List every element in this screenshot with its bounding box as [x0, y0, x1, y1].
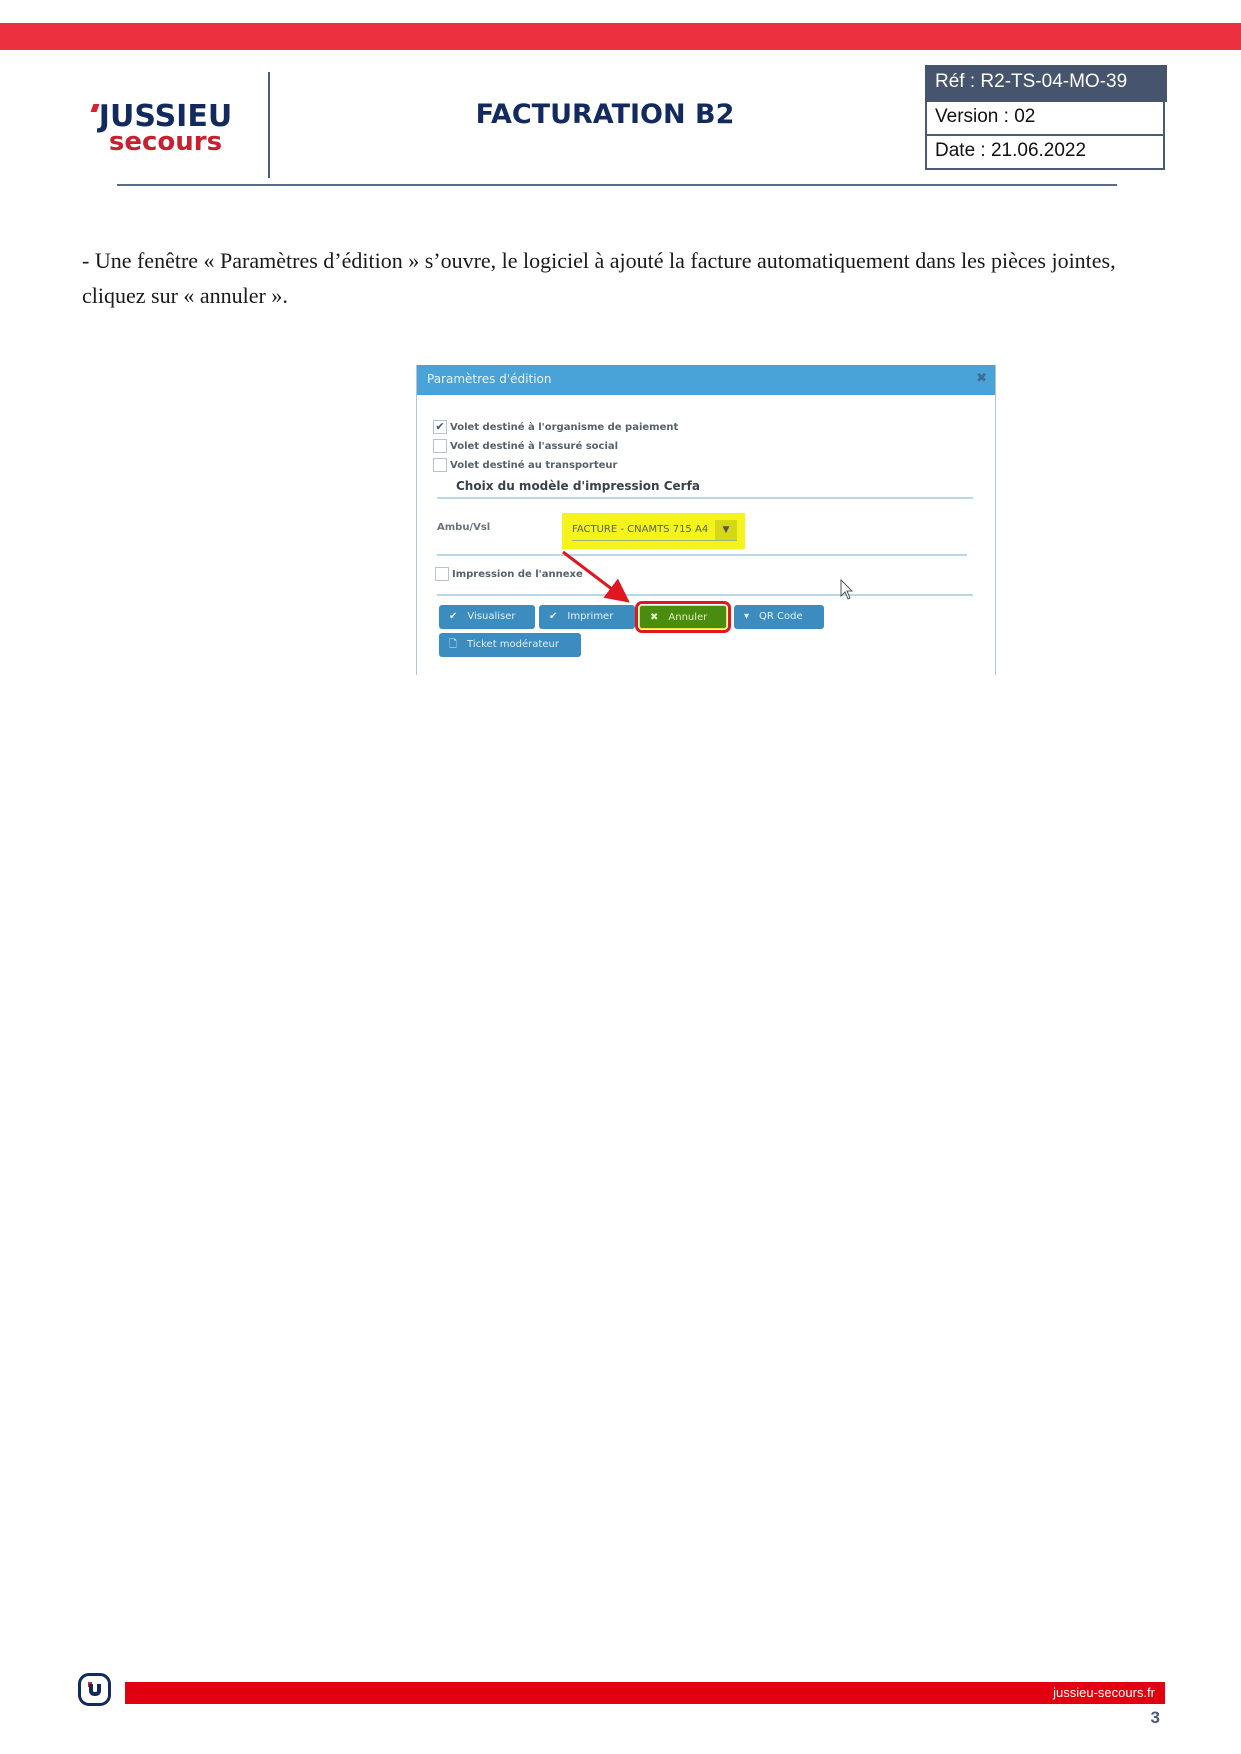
footer-website-link[interactable]: jussieu-secours.fr [1053, 1682, 1155, 1704]
header-divider-horizontal [117, 184, 1117, 186]
date-label: Date : 21.06.2022 [925, 136, 1165, 170]
logo-brand-text: JUSSIEU [99, 99, 232, 134]
annotation-arrow-icon [417, 365, 995, 675]
reference-code: Réf : R2-TS-04-MO-39 [925, 65, 1167, 102]
embedded-screenshot-dialog: Paramètres d'édition ✖ ✔ Volet destiné à… [416, 365, 996, 675]
header-top-band [0, 23, 1241, 50]
version-label: Version : 02 [925, 102, 1165, 136]
logo-j-shape [89, 1684, 101, 1696]
mouse-cursor-icon [840, 579, 854, 601]
footer-bar: jussieu-secours.fr [125, 1682, 1165, 1704]
instruction-paragraph: - Une fenêtre « Paramètres d’édition » s… [82, 243, 1162, 313]
jussieu-secours-logo: JUSSIEU secours [78, 102, 253, 154]
document-title: FACTURATION B2 [400, 99, 810, 130]
page-number: 3 [1130, 1708, 1160, 1728]
logo-brand: JUSSIEU [78, 102, 253, 132]
header-divider-vertical [268, 72, 270, 178]
footer-logo-icon [78, 1673, 111, 1706]
reference-box: Réf : R2-TS-04-MO-39 Version : 02 Date :… [925, 65, 1165, 170]
